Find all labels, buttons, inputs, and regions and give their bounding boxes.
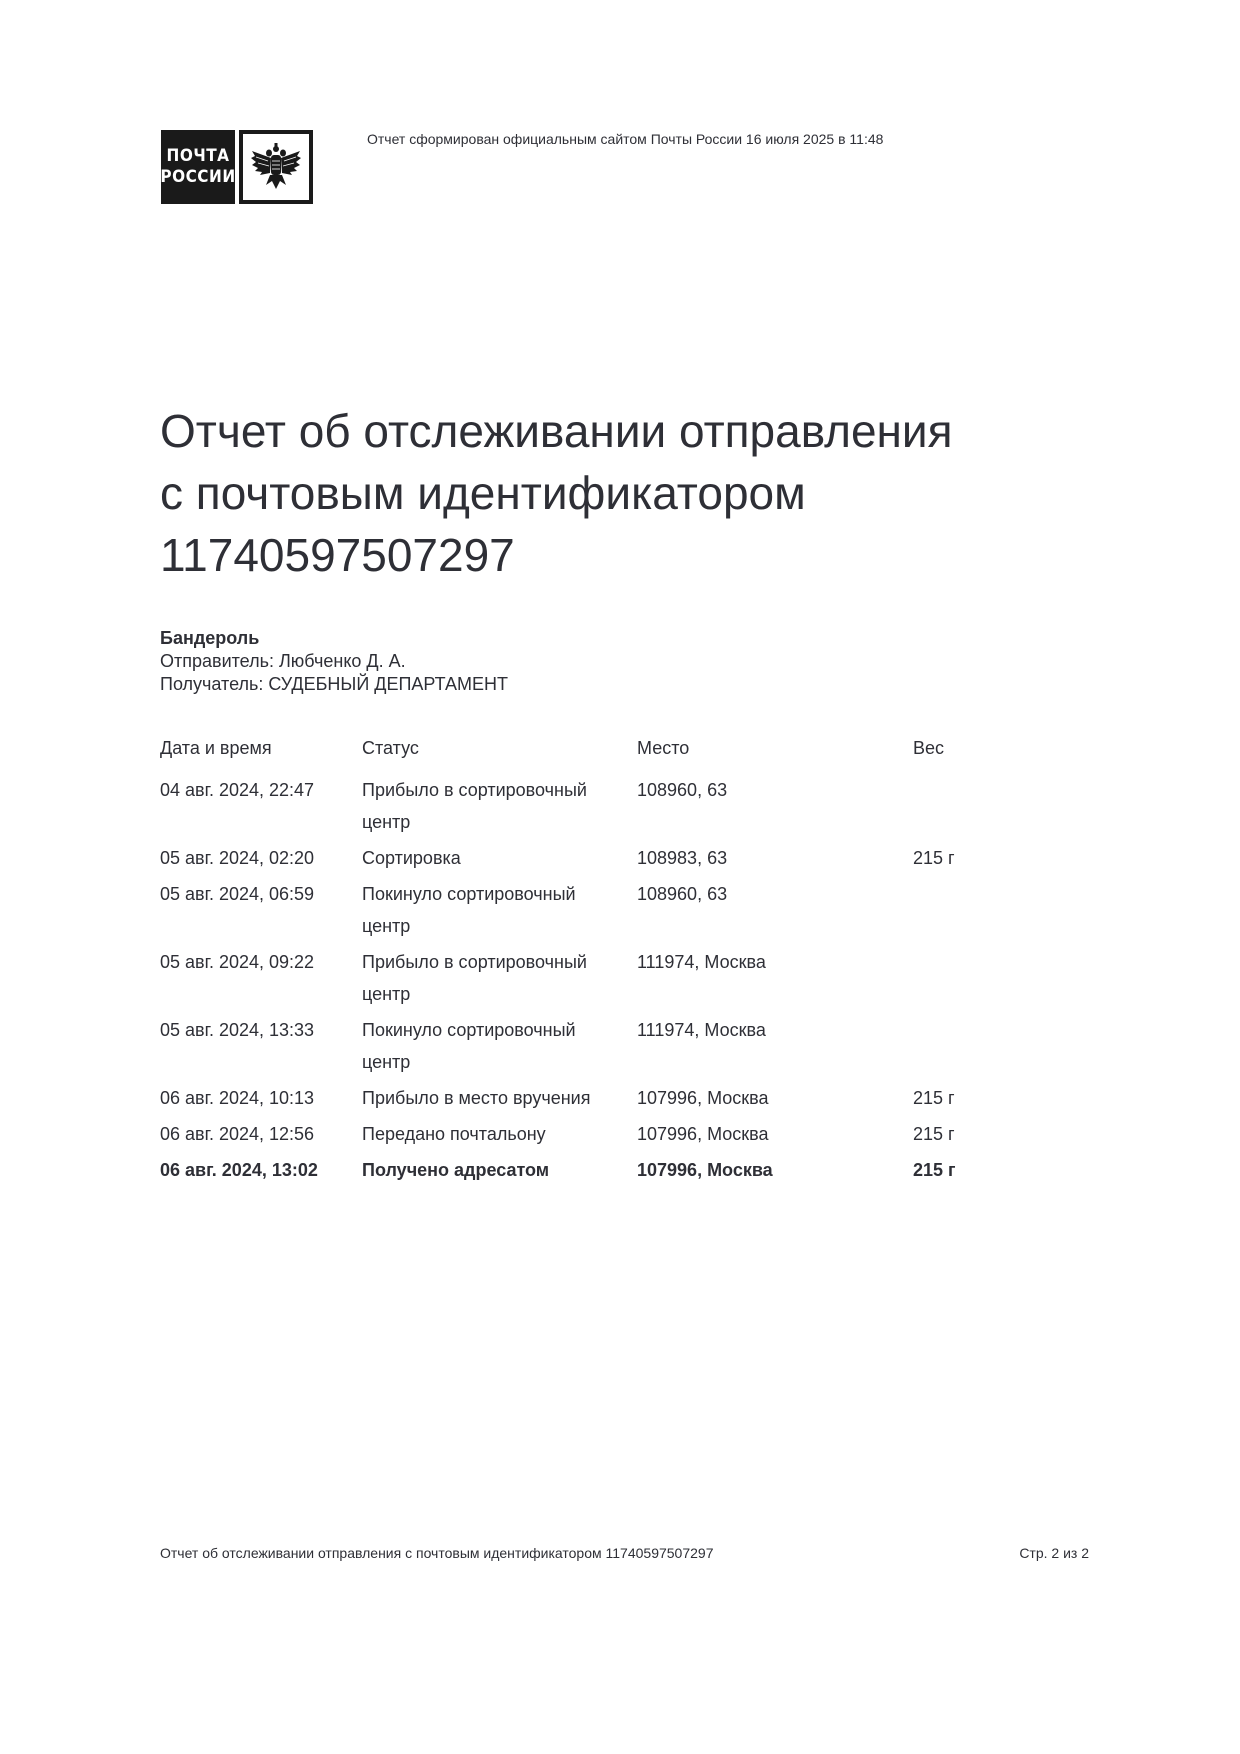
event-status-text: Прибыло в сортировочный центр — [362, 946, 612, 1010]
event-datetime: 04 авг. 2024, 22:47 — [160, 774, 362, 842]
report-generated-note: Отчет сформирован официальным сайтом Поч… — [367, 131, 883, 147]
event-datetime-text: 05 авг. 2024, 06:59 — [160, 884, 314, 904]
event-status: Прибыло в место вручения — [362, 1082, 637, 1118]
shipment-info: Бандероль Отправитель: Любченко Д. А. По… — [160, 627, 508, 696]
tracking-events-table: Дата и время Статус Место Вес 04 авг. 20… — [160, 738, 1013, 1190]
event-datetime: 06 авг. 2024, 12:56 — [160, 1118, 362, 1154]
event-place-text: 111974, Москва — [637, 952, 766, 972]
event-place-text: 108983, 63 — [637, 848, 727, 868]
table-row: 06 авг. 2024, 13:02Получено адресатом107… — [160, 1154, 1013, 1190]
event-place: 108960, 63 — [637, 878, 913, 946]
event-weight: 215 г — [913, 1118, 1013, 1154]
event-status: Передано почтальону — [362, 1118, 637, 1154]
header-datetime: Дата и время — [160, 738, 362, 774]
event-status-text: Прибыло в место вручения — [362, 1082, 612, 1114]
event-weight — [913, 946, 1013, 1014]
event-datetime: 05 авг. 2024, 02:20 — [160, 842, 362, 878]
footer-report-title: Отчет об отслеживании отправления с почт… — [160, 1545, 713, 1561]
page-title: Отчет об отслеживании отправления с почт… — [160, 400, 953, 586]
logo-wordmark: ПОЧТА РОССИИ — [161, 130, 235, 204]
table-header-row: Дата и время Статус Место Вес — [160, 738, 1013, 774]
header-weight: Вес — [913, 738, 1013, 774]
table-row: 05 авг. 2024, 02:20Сортировка108983, 632… — [160, 842, 1013, 878]
recipient: Получатель: СУДЕБНЫЙ ДЕПАРТАМЕНТ — [160, 673, 508, 696]
event-status-text: Прибыло в сортировочный центр — [362, 774, 612, 838]
event-datetime-text: 05 авг. 2024, 02:20 — [160, 848, 314, 868]
event-status: Прибыло в сортировочный центр — [362, 774, 637, 842]
event-status: Прибыло в сортировочный центр — [362, 946, 637, 1014]
event-status: Сортировка — [362, 842, 637, 878]
header-place: Место — [637, 738, 913, 774]
event-datetime-text: 06 авг. 2024, 10:13 — [160, 1088, 314, 1108]
event-datetime-text: 06 авг. 2024, 13:02 — [160, 1160, 318, 1180]
title-line-1: Отчет об отслеживании отправления — [160, 400, 953, 462]
event-status: Покинуло сортировочный центр — [362, 1014, 637, 1082]
event-weight: 215 г — [913, 842, 1013, 878]
event-place-text: 107996, Москва — [637, 1160, 773, 1180]
table-row: 05 авг. 2024, 13:33Покинуло сортировочны… — [160, 1014, 1013, 1082]
table-row: 04 авг. 2024, 22:47Прибыло в сортировочн… — [160, 774, 1013, 842]
event-weight-text: 215 г — [913, 1088, 955, 1108]
event-place-text: 108960, 63 — [637, 780, 727, 800]
event-weight-text: 215 г — [913, 1160, 956, 1180]
sender: Отправитель: Любченко Д. А. — [160, 650, 508, 673]
event-place: 108960, 63 — [637, 774, 913, 842]
title-line-2: с почтовым идентификатором — [160, 462, 953, 524]
event-place: 108983, 63 — [637, 842, 913, 878]
logo-line-1: ПОЧТА — [167, 146, 230, 167]
event-weight: 215 г — [913, 1082, 1013, 1118]
event-place: 111974, Москва — [637, 1014, 913, 1082]
event-datetime: 06 авг. 2024, 10:13 — [160, 1082, 362, 1118]
event-status-text: Получено адресатом — [362, 1154, 612, 1186]
event-place: 107996, Москва — [637, 1154, 913, 1190]
event-place-text: 108960, 63 — [637, 884, 727, 904]
logo-line-2: РОССИИ — [160, 167, 235, 188]
event-place-text: 107996, Москва — [637, 1124, 769, 1144]
event-datetime: 05 авг. 2024, 06:59 — [160, 878, 362, 946]
table-row: 05 авг. 2024, 06:59Покинуло сортировочны… — [160, 878, 1013, 946]
event-datetime: 05 авг. 2024, 13:33 — [160, 1014, 362, 1082]
event-datetime: 05 авг. 2024, 09:22 — [160, 946, 362, 1014]
event-place-text: 111974, Москва — [637, 1020, 766, 1040]
event-datetime-text: 05 авг. 2024, 13:33 — [160, 1020, 314, 1040]
double-headed-eagle-icon — [239, 130, 313, 204]
event-datetime-text: 05 авг. 2024, 09:22 — [160, 952, 314, 972]
event-datetime: 06 авг. 2024, 13:02 — [160, 1154, 362, 1190]
event-status-text: Сортировка — [362, 842, 612, 874]
event-datetime-text: 04 авг. 2024, 22:47 — [160, 780, 314, 800]
event-place-text: 107996, Москва — [637, 1088, 769, 1108]
event-datetime-text: 06 авг. 2024, 12:56 — [160, 1124, 314, 1144]
event-weight-text: 215 г — [913, 848, 955, 868]
pochta-rossii-logo: ПОЧТА РОССИИ — [161, 130, 313, 204]
table-row: 05 авг. 2024, 09:22Прибыло в сортировочн… — [160, 946, 1013, 1014]
event-status: Покинуло сортировочный центр — [362, 878, 637, 946]
event-weight — [913, 774, 1013, 842]
event-status: Получено адресатом — [362, 1154, 637, 1190]
table-row: 06 авг. 2024, 12:56Передано почтальону10… — [160, 1118, 1013, 1154]
page-number: Стр. 2 из 2 — [1019, 1545, 1089, 1561]
table-row: 06 авг. 2024, 10:13Прибыло в место вруче… — [160, 1082, 1013, 1118]
event-weight — [913, 1014, 1013, 1082]
event-status-text: Покинуло сортировочный центр — [362, 878, 612, 942]
event-place: 107996, Москва — [637, 1118, 913, 1154]
event-weight — [913, 878, 1013, 946]
event-weight: 215 г — [913, 1154, 1013, 1190]
event-place: 107996, Москва — [637, 1082, 913, 1118]
event-place: 111974, Москва — [637, 946, 913, 1014]
shipment-kind: Бандероль — [160, 627, 508, 650]
event-weight-text: 215 г — [913, 1124, 955, 1144]
header-status: Статус — [362, 738, 637, 774]
event-status-text: Передано почтальону — [362, 1118, 612, 1150]
tracking-id: 11740597507297 — [160, 524, 953, 586]
event-status-text: Покинуло сортировочный центр — [362, 1014, 612, 1078]
